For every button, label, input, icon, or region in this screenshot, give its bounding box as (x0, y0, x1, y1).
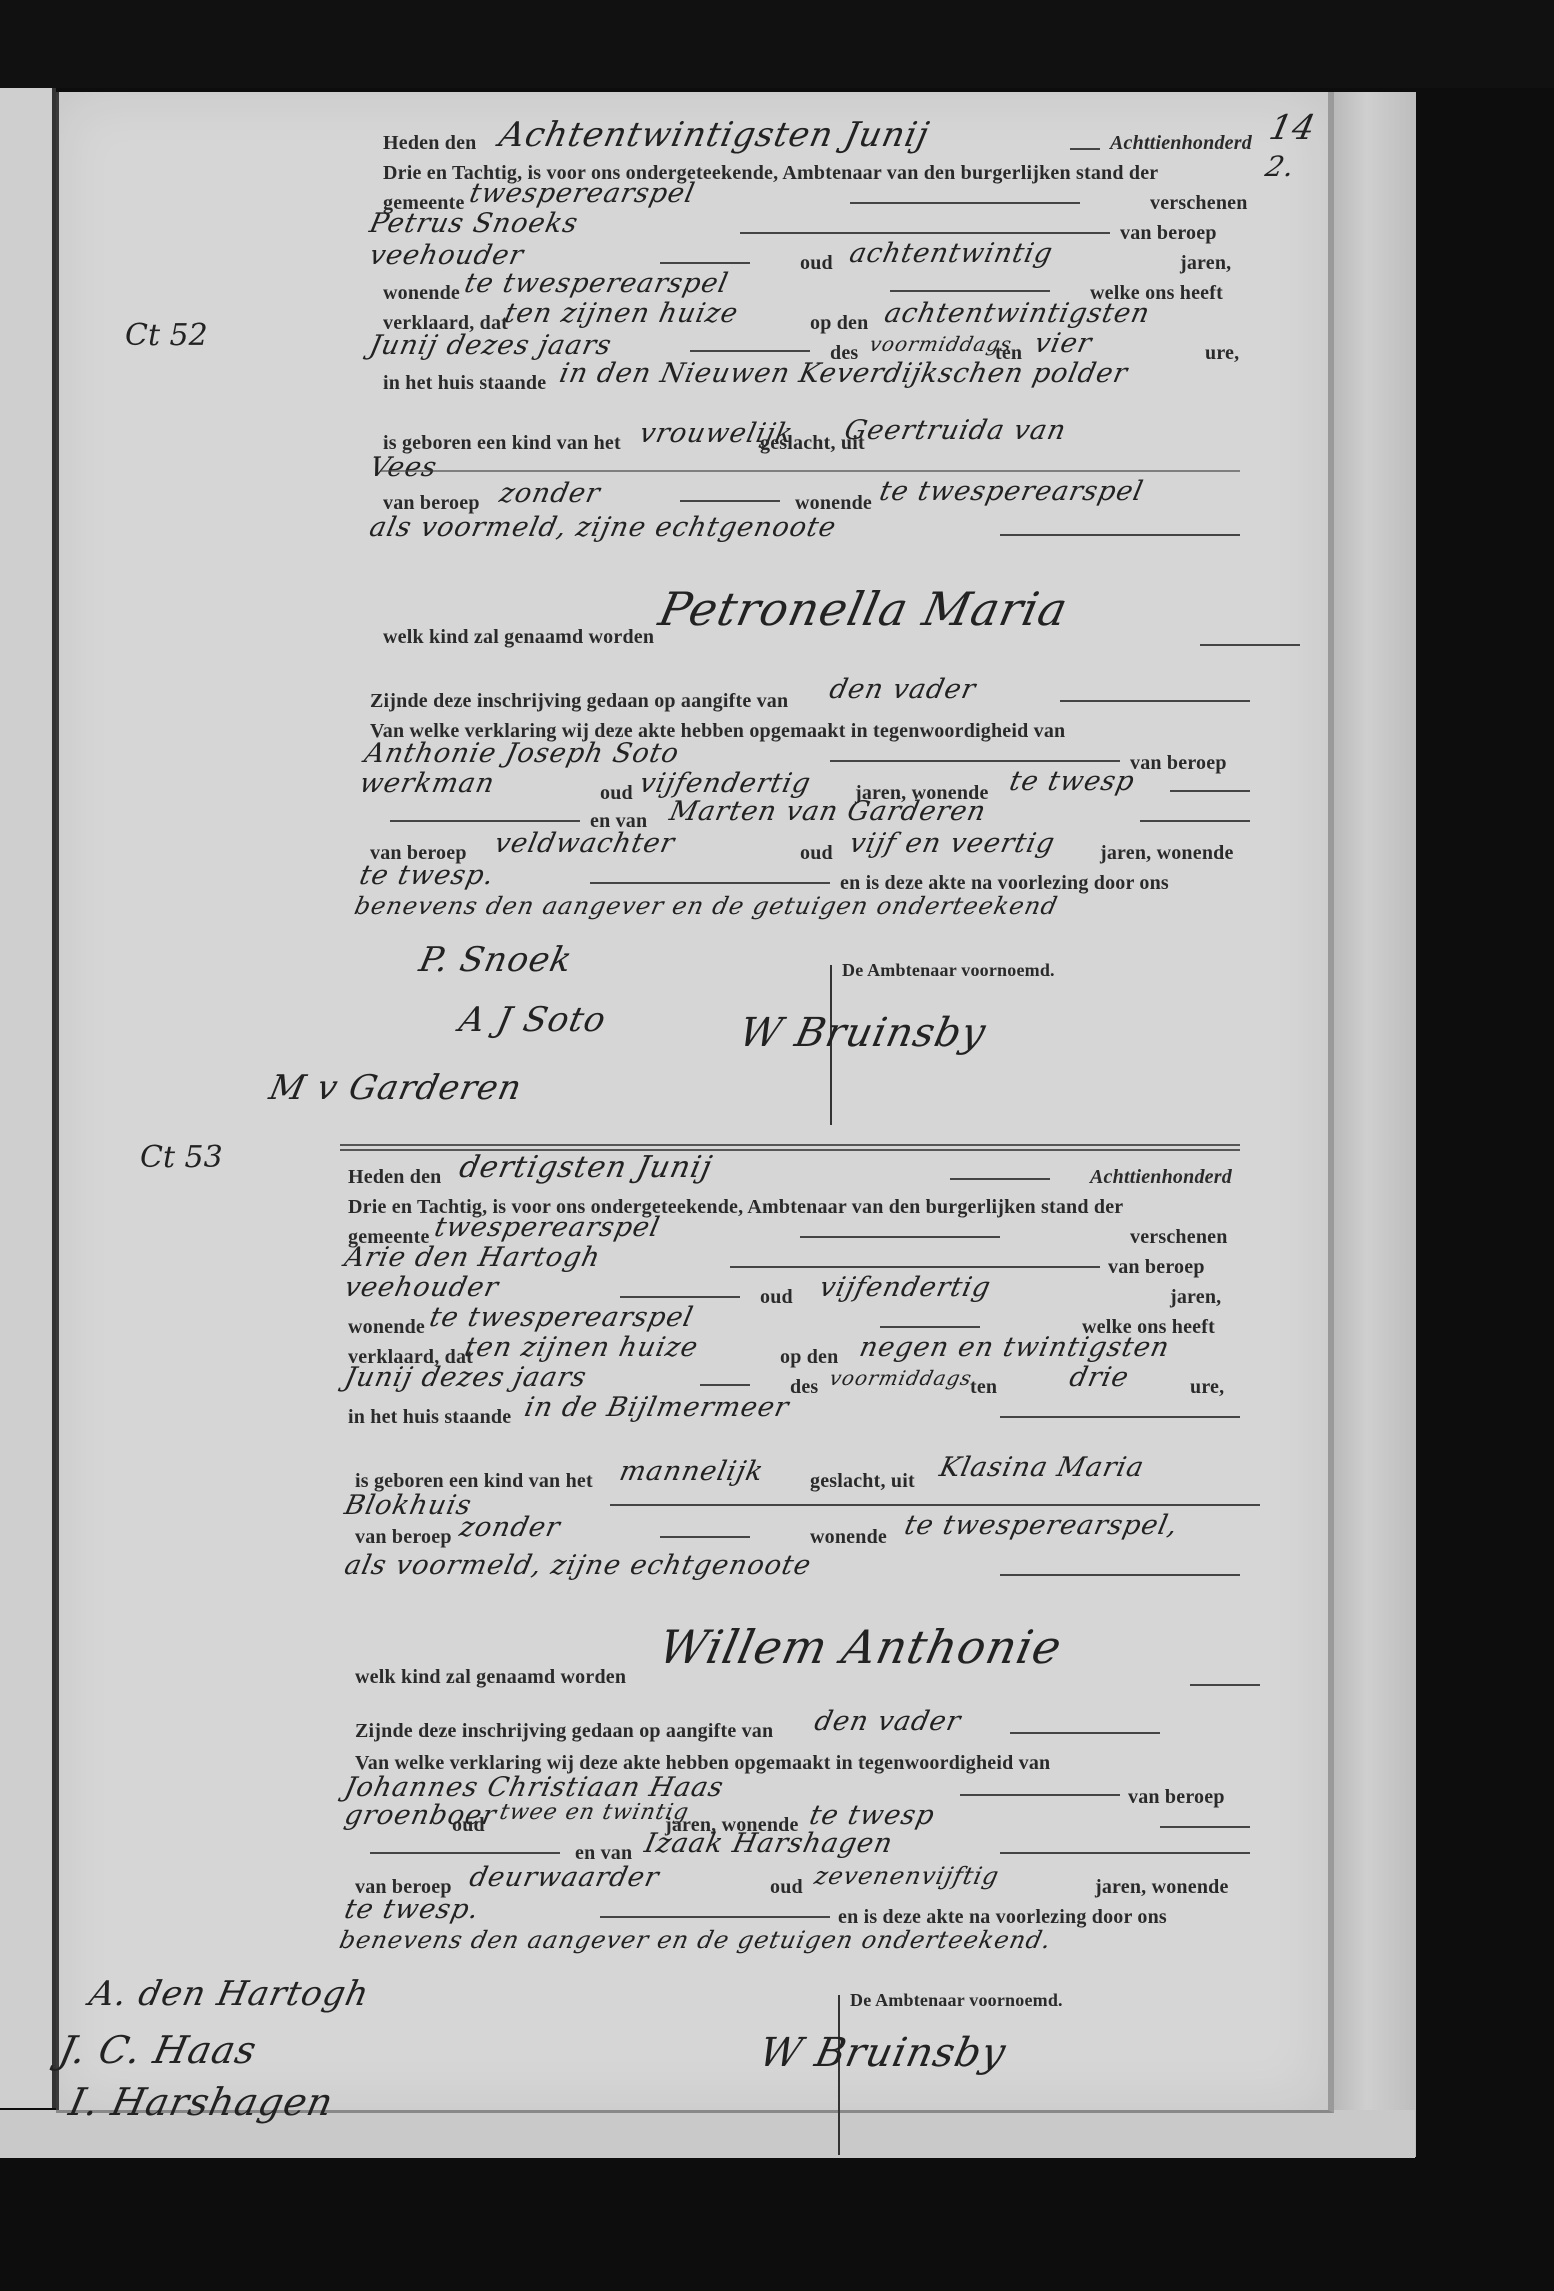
label-van-beroep: van beroep (1120, 222, 1217, 245)
label-wonende: wonende (348, 1316, 425, 1339)
label-jaren-wonende: jaren, wonende (1095, 1876, 1229, 1899)
birth-hour: vier (1032, 328, 1095, 359)
fill-line (660, 1536, 750, 1538)
signature-official: W Bruinsby (735, 1010, 990, 1056)
fill-line (380, 470, 1240, 472)
fill-line (830, 760, 1120, 762)
fill-line (1200, 644, 1300, 646)
label-heden-den: Heden den (348, 1166, 441, 1189)
fill-line (890, 290, 1050, 292)
child-name: Willem Anthonie (654, 1620, 1067, 1674)
label-op-den: op den (780, 1346, 838, 1369)
mother-residence: te twesperearspel (877, 476, 1147, 507)
page-number: 14 (1266, 108, 1320, 148)
mother-residence: te twesperearspel, (902, 1510, 1181, 1541)
binding-line (56, 92, 59, 2110)
fill-line (730, 1266, 1100, 1268)
label-wonende: wonende (810, 1526, 887, 1549)
signature-declarant: P. Snoek (416, 940, 577, 980)
fill-line (1140, 820, 1250, 822)
label-van-beroep: van beroep (355, 1526, 452, 1549)
declarant-age: achtentwintig (847, 238, 1056, 269)
label-ure: ure, (1190, 1376, 1224, 1399)
time-of-day: voormiddags (867, 332, 1014, 356)
label-wonende: wonende (383, 282, 460, 305)
fill-line (850, 202, 1080, 204)
birth-month-year: Junij dezes jaars (367, 330, 615, 361)
mother-occupation: zonder (497, 478, 604, 509)
birth-day: achtentwintigsten (882, 298, 1153, 329)
label-genaamd: welk kind zal genaamd worden (383, 626, 654, 649)
house-location: in den Nieuwen Keverdijkschen polder (557, 358, 1131, 389)
fill-line (390, 820, 580, 822)
fill-line (960, 1794, 1120, 1796)
fill-line (1000, 1416, 1240, 1418)
fill-line (800, 1236, 1000, 1238)
label-genaamd: welk kind zal genaamd worden (355, 1666, 626, 1689)
label-oud: oud (800, 252, 833, 275)
declarant-age: vijfendertig (817, 1272, 994, 1303)
witness2-age: vijf en veertig (847, 828, 1058, 859)
birth-place-phrase: ten zijnen huize (502, 298, 742, 329)
fill-line (1170, 790, 1250, 792)
witness1-age: vijfendertig (637, 768, 814, 799)
label-geslacht-uit: geslacht, uit (810, 1470, 915, 1493)
signature-witness1: J. C. Haas (55, 2028, 261, 2072)
label-huis-staande: in het huis staande (383, 372, 546, 395)
act-number: Ct 52 (125, 318, 208, 353)
label-achttienhonderd: Achttienhonderd (1110, 132, 1252, 155)
time-of-day: voormiddags (827, 1366, 974, 1390)
fill-line (1060, 700, 1250, 702)
act-number: Ct 53 (140, 1140, 223, 1175)
declarant-occupation: veehouder (367, 240, 527, 271)
fill-line (610, 1504, 1260, 1506)
declarant-name: Petrus Snoeks (367, 208, 581, 239)
signature-official: W Bruinsby (755, 2030, 1010, 2076)
label-verschenen: verschenen (1150, 192, 1248, 215)
label-ambtenaar: De Ambtenaar voornoemd. (850, 1990, 1063, 2011)
signature-witness2: I. Harshagen (65, 2080, 337, 2124)
municipality: twesperearspel (467, 178, 698, 209)
fill-line (660, 262, 750, 264)
record-date: dertigsten Junij (456, 1150, 715, 1185)
municipality: twesperearspel (432, 1212, 663, 1243)
label-huis-staande: in het huis staande (348, 1406, 511, 1429)
label-van-beroep: van beroep (1130, 752, 1227, 775)
mother-name: Geertruida van (842, 415, 1070, 446)
witness2-age: zevenenvijftig (812, 1862, 1002, 1890)
fill-line (690, 350, 810, 352)
label-aangifte: Zijnde deze inschrijving gedaan op aangi… (355, 1720, 773, 1743)
label-ambtenaar: De Ambtenaar voornoemd. (842, 960, 1055, 981)
witness2-name: Marten van Garderen (667, 796, 989, 827)
fill-line (1190, 1684, 1260, 1686)
label-oud: oud (760, 1286, 793, 1309)
witness2-residence: te twesp. (342, 1894, 483, 1925)
mother-occupation: zonder (457, 1512, 564, 1543)
label-oud: oud (800, 842, 833, 865)
fill-line (590, 882, 830, 884)
label-heden-den: Heden den (383, 132, 476, 155)
witness1-occupation: werkman (357, 768, 498, 799)
signature-declarant: A. den Hartogh (86, 1974, 373, 2014)
closing-statement: benevens den aangever en de getuigen ond… (337, 1926, 1054, 1954)
fill-line (1160, 1826, 1250, 1828)
label-jaren: jaren, (1170, 1286, 1221, 1309)
witness2-occupation: deurwaarder (467, 1862, 663, 1893)
birth-month-year: Junij dezes jaars (342, 1362, 590, 1393)
birth-day: negen en twintigsten (857, 1332, 1173, 1363)
mother-name: Klasina Maria (937, 1452, 1147, 1483)
scan-background-top (0, 0, 1554, 88)
witness1-residence: te twesp (1007, 766, 1138, 797)
child-name: Petronella Maria (654, 582, 1073, 636)
label-oud: oud (600, 782, 633, 805)
label-oud: oud (770, 1876, 803, 1899)
label-van-beroep: van beroep (1108, 1256, 1205, 1279)
previous-page-edge (0, 88, 56, 2108)
label-ten: ten (970, 1376, 997, 1399)
declarant-occupation: veehouder (342, 1272, 502, 1303)
declarant-name: Arie den Hartogh (342, 1242, 604, 1273)
label-jaren: jaren, (1180, 252, 1231, 275)
fill-line (1010, 1732, 1160, 1734)
label-jaren-wonende: jaren, wonende (1100, 842, 1234, 865)
label-op-den: op den (810, 312, 868, 335)
label-oud: oud (452, 1814, 485, 1837)
record-date: Achtentwintigsten Junij (496, 115, 933, 155)
label-aangifte: Zijnde deze inschrijving gedaan op aangi… (370, 690, 788, 713)
mother-surname: Vees (367, 452, 440, 483)
birth-place-phrase: ten zijnen huize (462, 1332, 702, 1363)
informant: den vader (827, 674, 979, 705)
fill-line (1000, 1852, 1250, 1854)
fill-line (1000, 534, 1240, 536)
witness2-residence: te twesp. (357, 860, 498, 891)
informant: den vader (812, 1706, 964, 1737)
witness1-age: twee en twintig (497, 1800, 691, 1825)
child-sex: mannelijk (617, 1456, 767, 1487)
label-achttienhonderd: Achttienhonderd (1090, 1166, 1232, 1189)
fill-line (620, 1296, 740, 1298)
label-ure: ure, (1205, 342, 1239, 365)
birth-hour: drie (1067, 1362, 1132, 1393)
label-van-beroep: van beroep (1128, 1786, 1225, 1809)
fill-line (950, 1178, 1050, 1180)
declarant-residence: te twesperearspel (427, 1302, 697, 1333)
torn-page-strip (1334, 92, 1416, 2157)
fill-line (880, 1326, 980, 1328)
witness1-name: Anthonie Joseph Soto (362, 738, 683, 769)
witness1-residence: te twesp (807, 1800, 938, 1831)
house-location: in de Bijlmermeer (522, 1392, 792, 1423)
witness2-occupation: veldwachter (492, 828, 678, 859)
label-des: des (790, 1376, 818, 1399)
mother-relation: als voormeld, zijne echtgenoote (342, 1550, 815, 1581)
fill-line (740, 232, 1110, 234)
mother-relation: als voormeld, zijne echtgenoote (367, 512, 840, 543)
fill-line (370, 1852, 560, 1854)
fill-line (1000, 1574, 1240, 1576)
register-page (56, 92, 1334, 2113)
fill-line (680, 500, 780, 502)
closing-statement: benevens den aangever en de getuigen ond… (352, 892, 1061, 920)
declarant-residence: te twesperearspel (462, 268, 732, 299)
fill-line (700, 1384, 750, 1386)
fill-line (1070, 148, 1100, 150)
witness2-name: Izaak Harshagen (642, 1828, 896, 1859)
mother-surname: Blokhuis (342, 1490, 475, 1521)
fill-line (600, 1916, 830, 1918)
signature-witness1: A J Soto (456, 1000, 610, 1040)
witness1-name: Johannes Christiaan Haas (342, 1772, 727, 1803)
label-verschenen: verschenen (1130, 1226, 1228, 1249)
signature-witness2: M v Garderen (266, 1068, 526, 1108)
